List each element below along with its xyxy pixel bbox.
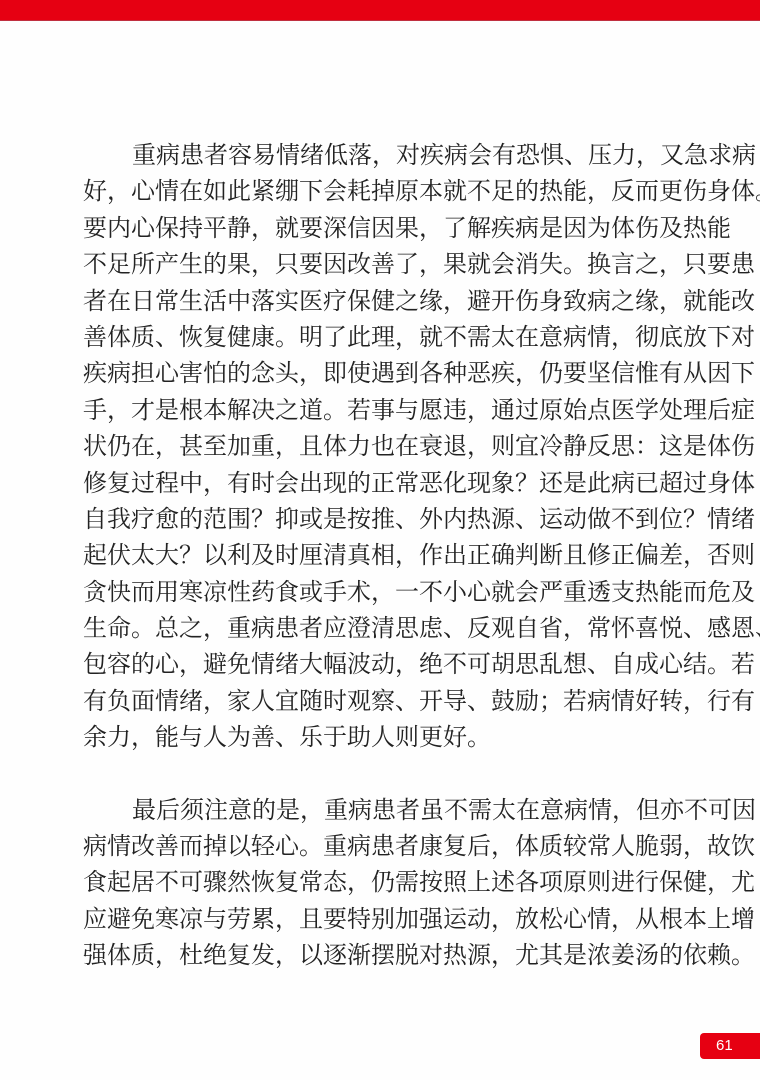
text-line: 要内心保持平静，就要深信因果，了解疾病是因为体伤及热能 <box>83 210 678 246</box>
paragraph-1: 重病患者容易情绪低落，对疾病会有恐惧、压力，又急求病 好，心情在如此紧绷下会耗掉… <box>83 137 678 756</box>
text-line: 食起居不可骤然恢复常态，仍需按照上述各项原则进行保健，尤 <box>83 864 678 900</box>
text-line: 生命。总之，重病患者应澄清思虑、反观自省，常怀喜悦、感恩、 <box>83 610 678 646</box>
text-line: 余力，能与人为善、乐于助人则更好。 <box>83 719 678 755</box>
text-line: 者在日常生活中落实医疗保健之缘，避开伤身致病之缘，就能改 <box>83 283 678 319</box>
paragraph-gap <box>83 756 678 792</box>
page-number-badge: 61 <box>700 1033 760 1059</box>
paragraph-2: 最后须注意的是，重病患者虽不需太在意病情，但亦不可因 病情改善而掉以轻心。重病患… <box>83 792 678 974</box>
text-line: 起伏太大？以利及时厘清真相，作出正确判断且修正偏差，否则 <box>83 537 678 573</box>
text-line: 重病患者容易情绪低落，对疾病会有恐惧、压力，又急求病 <box>83 137 678 173</box>
text-line: 强体质，杜绝复发，以逐渐摆脱对热源，尤其是浓姜汤的依赖。 <box>83 937 678 973</box>
text-line: 疾病担心害怕的念头，即使遇到各种恶疾，仍要坚信惟有从因下 <box>83 355 678 391</box>
top-red-bar <box>0 0 760 21</box>
text-line: 贪快而用寒凉性药食或手术，一不小心就会严重透支热能而危及 <box>83 574 678 610</box>
text-line: 有负面情绪，家人宜随时观察、开导、鼓励；若病情好转，行有 <box>83 683 678 719</box>
text-line: 修复过程中，有时会出现的正常恶化现象？还是此病已超过身体 <box>83 465 678 501</box>
text-line: 手，才是根本解决之道。若事与愿违，通过原始点医学处理后症 <box>83 392 678 428</box>
text-line: 病情改善而掉以轻心。重病患者康复后，体质较常人脆弱，故饮 <box>83 828 678 864</box>
page-body: 重病患者容易情绪低落，对疾病会有恐惧、压力，又急求病 好，心情在如此紧绷下会耗掉… <box>83 137 678 974</box>
text-line: 善体质、恢复健康。明了此理，就不需太在意病情，彻底放下对 <box>83 319 678 355</box>
text-line: 应避免寒凉与劳累，且要特别加强运动，放松心情，从根本上增 <box>83 901 678 937</box>
text-line: 包容的心，避免情绪大幅波动，绝不可胡思乱想、自成心结。若 <box>83 646 678 682</box>
text-line: 状仍在，甚至加重，且体力也在衰退，则宜冷静反思：这是体伤 <box>83 428 678 464</box>
text-line: 最后须注意的是，重病患者虽不需太在意病情，但亦不可因 <box>83 792 678 828</box>
text-line: 不足所产生的果，只要因改善了，果就会消失。换言之，只要患 <box>83 246 678 282</box>
text-line: 好，心情在如此紧绷下会耗掉原本就不足的热能，反而更伤身体。 <box>83 173 678 209</box>
text-line: 自我疗愈的范围？抑或是按推、外内热源、运动做不到位？情绪 <box>83 501 678 537</box>
